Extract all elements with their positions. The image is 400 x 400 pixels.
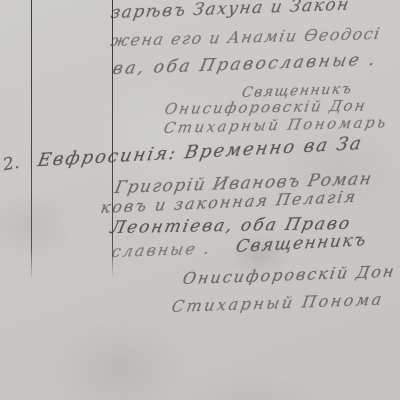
handwriting-line: ва, оба Православные . [111, 50, 379, 79]
handwriting-line: Евфросинія: Временно ва За [36, 133, 365, 171]
handwriting-line: Онисифоровскій Дон [181, 262, 397, 289]
record-number: 2. [1, 153, 20, 176]
document-page: 2. зарѣвъ Захуна и Закон жена его и Анам… [0, 0, 400, 400]
handwriting-line: жена его и Анаміи Ѳеодосі [109, 24, 382, 50]
column-rule-left [31, 0, 32, 281]
handwriting-line: Стихарный Понома [170, 290, 385, 317]
handwriting-line: зарѣвъ Захуна и Закон [109, 0, 351, 23]
handwriting-line: славные . [110, 238, 213, 261]
